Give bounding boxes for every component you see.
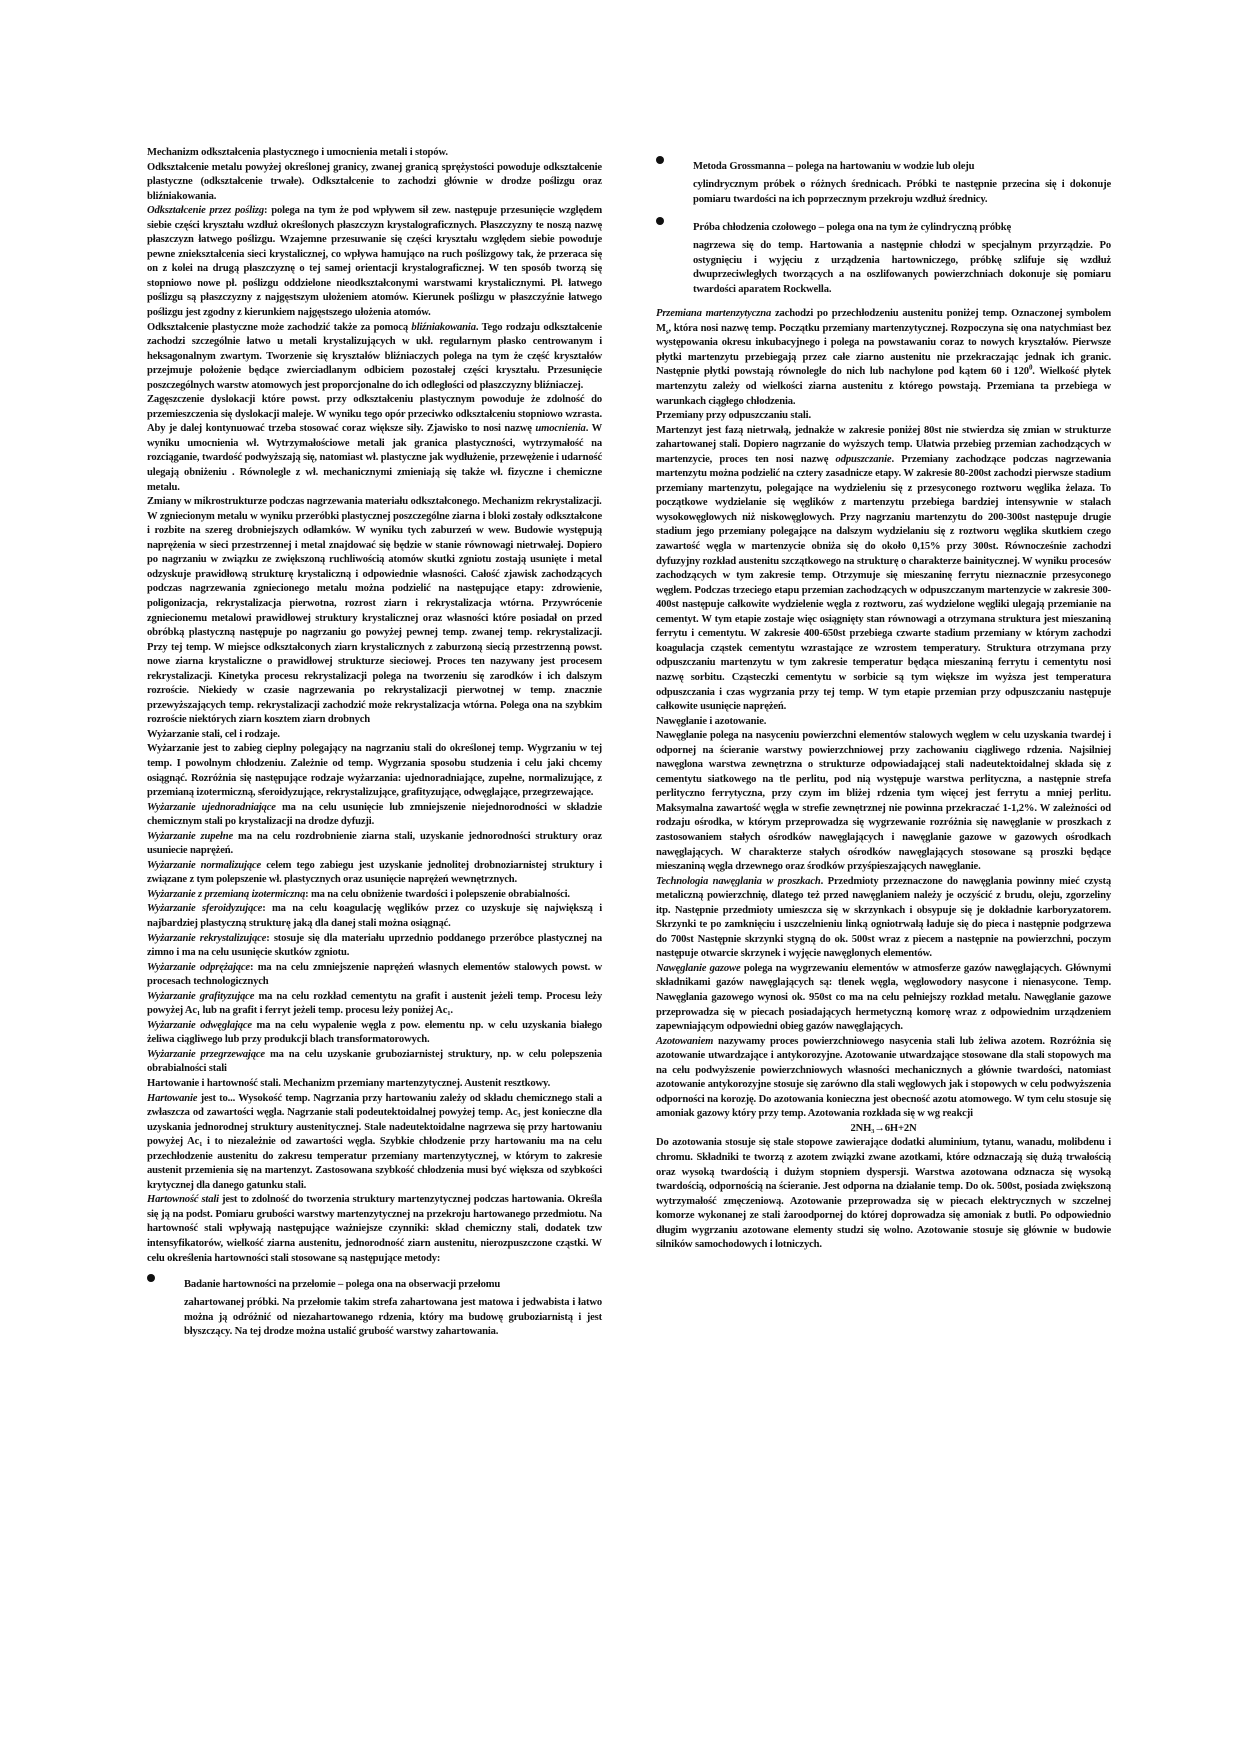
- annealing-item: Wyżarzanie odwęglające ma na celu wypale…: [147, 1019, 602, 1048]
- paragraph: Odkształcenie metalu powyżej określonej …: [147, 161, 602, 205]
- annealing-item: Wyżarzanie przegrzewające ma na celu uzy…: [147, 1048, 602, 1077]
- paragraph: Hartowność stali jest to zdolność do two…: [147, 1193, 602, 1266]
- annealing-item: Wyżarzanie rekrystalizujące: stosuje się…: [147, 932, 602, 961]
- list-item: Próba chłodzenia czołowego – polega ona …: [656, 217, 1111, 297]
- bullet-icon: [147, 1274, 155, 1282]
- bullet-icon: [656, 217, 664, 225]
- annealing-item: Wyżarzanie z przemianą izotermiczną: ma …: [147, 888, 602, 903]
- heading-tempering: Przemiany przy odpuszczaniu stali.: [656, 409, 1111, 424]
- term: Hartowność stali: [147, 1194, 219, 1205]
- paragraph: Nawęglanie polega na nasyceniu powierzch…: [656, 729, 1111, 874]
- annealing-item: Wyżarzanie sferoidyzujące: ma na celu ko…: [147, 902, 602, 931]
- list-item: Metoda Grossmanna – polega na hartowaniu…: [656, 156, 1111, 207]
- paragraph: Martenzyt jest fazą nietrwałą, jednakże …: [656, 424, 1111, 715]
- annealing-item: Wyżarzanie odprężające: ma na celu zmnie…: [147, 961, 602, 990]
- paragraph: Nawęglanie gazowe polega na wygrzewaniu …: [656, 962, 1111, 1035]
- heading-deformation: Mechanizm odkształcenia plastycznego i u…: [147, 146, 602, 161]
- term: umocnienia: [535, 423, 585, 434]
- annealing-item: Wyżarzanie ujednoradniające ma na celu u…: [147, 801, 602, 830]
- heading-recrystallization: Zmiany w mikrostrukturze podczas nagrzew…: [147, 495, 602, 510]
- annealing-item: Wyżarzanie grafityzujące ma na celu rozk…: [147, 990, 602, 1019]
- paragraph: Odkształcenie przez poślizg: polega na t…: [147, 204, 602, 320]
- bullet-icon: [656, 156, 664, 164]
- annealing-item: Wyżarzanie normalizujące celem tego zabi…: [147, 859, 602, 888]
- paragraph: Technologia nawęglania w proszkach. Prze…: [656, 875, 1111, 962]
- paragraph: Hartowanie jest to... Wysokość temp. Nag…: [147, 1092, 602, 1194]
- paragraph: Przemiana martenzytyczna zachodzi po prz…: [656, 307, 1111, 409]
- paragraph: Azotowaniem nazywamy proces powierzchnio…: [656, 1035, 1111, 1122]
- chemical-formula: 2NH₃→6H+2N: [656, 1122, 1111, 1137]
- term: Nawęglanie gazowe: [656, 963, 741, 974]
- paragraph: Wyżarzanie jest to zabieg cieplny polega…: [147, 742, 602, 800]
- paragraph: Do azotowania stosuje się stale stopowe …: [656, 1136, 1111, 1252]
- paragraph: W zgniecionym metalu w wyniku przeróbki …: [147, 510, 602, 728]
- list-item: Badanie hartowności na przełomie – poleg…: [147, 1274, 602, 1340]
- right-column: Metoda Grossmanna – polega na hartowaniu…: [656, 156, 1111, 1253]
- paragraph: Odkształcenie plastyczne może zachodzić …: [147, 321, 602, 394]
- paragraph: Zagęszczenie dyslokacji które powst. prz…: [147, 393, 602, 495]
- term: Technologia nawęglania w proszkach: [656, 876, 821, 887]
- left-column: Mechanizm odkształcenia plastycznego i u…: [147, 146, 602, 1350]
- annealing-item: Wyżarzanie zupełne ma na celu rozdrobnie…: [147, 830, 602, 859]
- heading-annealing: Wyżarzanie stali, cel i rodzaje.: [147, 728, 602, 743]
- heading-carburizing: Nawęglanie i azotowanie.: [656, 715, 1111, 730]
- term: Azotowaniem: [656, 1036, 713, 1047]
- heading-hardening: Hartowanie i hartowność stali. Mechanizm…: [147, 1077, 602, 1092]
- term: Hartowanie: [147, 1093, 197, 1104]
- term: odpuszczanie: [836, 454, 892, 465]
- term: Odkształcenie przez poślizg: [147, 205, 264, 216]
- term: bliźniakowania: [411, 322, 475, 333]
- term: Przemiana martenzytyczna: [656, 308, 771, 319]
